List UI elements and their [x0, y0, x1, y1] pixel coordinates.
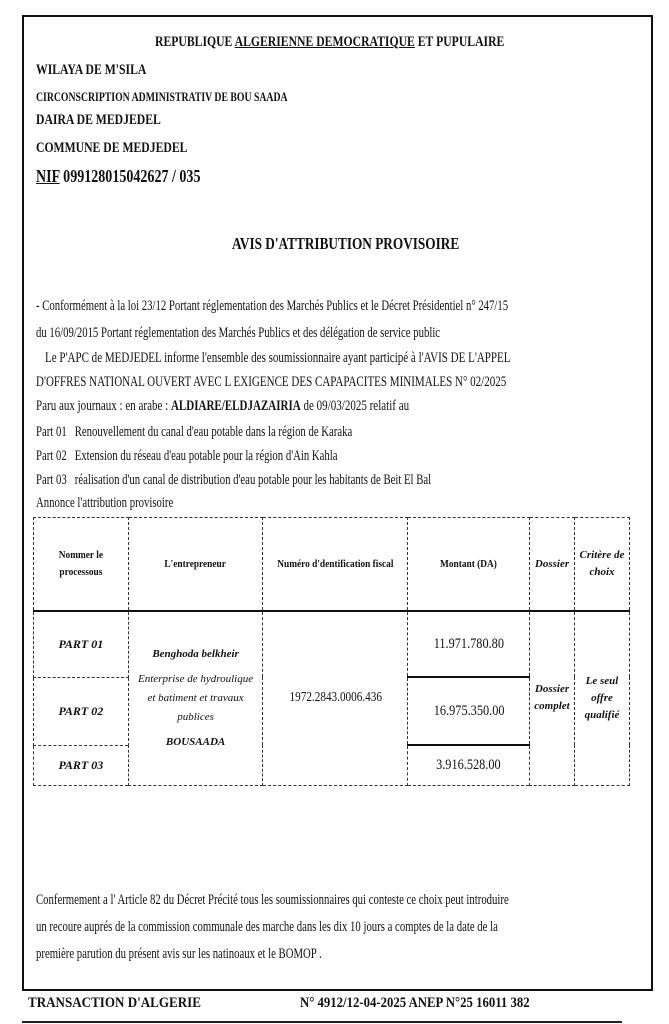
republic-heading: REPUBLIQUE ALGERIENNE DEMOCRATIQUE ET PU…: [155, 34, 603, 51]
entrepreneur-name: Benghoda belkheir: [129, 645, 263, 664]
table-header-row: Nommer le processous L'entrepreneur Numé…: [34, 518, 630, 612]
header-dossier: Dossier: [530, 518, 575, 612]
body-line-1: - Conformément à la loi 23/12 Portant ré…: [36, 298, 669, 315]
entrepreneur-cell: Benghoda belkheir Enterprise de hydrouli…: [128, 611, 263, 785]
entrepreneur-desc: Enterprise de hydroulique et batiment et…: [129, 670, 263, 727]
amount-cell-3: 3.916.528.00: [408, 745, 530, 785]
journals-name: ALDIARE/ELDJAZAIRIA: [171, 398, 301, 414]
header-entrepreneur: L'entrepreneur: [128, 518, 263, 612]
circonscription: CIRCONSCRIPTION ADMINISTRATIV DE BOU SAA…: [36, 90, 359, 105]
amount-cell-2: 16.975.350.00: [408, 677, 530, 745]
announce-line: Annonce l'attribution provisoire: [36, 495, 221, 512]
footer-source: TRANSACTION D'ALGERIE: [28, 995, 220, 1012]
republic-post: ET PUPULAIRE: [415, 34, 505, 50]
republic-underlined: ALGERIENNE DEMOCRATIQUE: [235, 34, 415, 50]
body-line-2: du 16/09/2015 Portant réglementation des…: [36, 325, 582, 342]
daira: DAIRA DE MEDJEDEL: [36, 112, 196, 129]
criteria-cell: Le seul offre qualifié: [575, 611, 630, 785]
amount-cell-1: 11.971.780.80: [408, 611, 530, 677]
closing-line-3: première parution du présent avis sur le…: [36, 946, 422, 963]
journals-post: de 09/03/2025 relatif au: [301, 398, 409, 414]
notice-title: AVIS D'ATTRIBUTION PROVISOIRE: [232, 234, 523, 254]
header-nif: Numéro d'dentification fiscal: [263, 518, 408, 612]
body-line-4: D'OFFRES NATIONAL OUVERT AVEC L EXIGENCE…: [36, 374, 655, 391]
attribution-table: Nommer le processous L'entrepreneur Numé…: [33, 517, 630, 786]
commune: COMMUNE DE MEDJEDEL: [36, 140, 230, 157]
header-process: Nommer le processous: [34, 518, 129, 612]
part-line-2: Part 02 Extension du réseau d'eau potabl…: [36, 448, 444, 465]
body-line-3: Le P'APC de MEDJEDEL informe l'ensemble …: [45, 350, 658, 367]
entrepreneur-city: BOUSAADA: [129, 733, 263, 752]
part-cell-1: PART 01: [34, 611, 129, 677]
nif-value: 099128015042627 / 035: [60, 166, 201, 186]
part-text: réalisation d'un canal de distribution d…: [75, 472, 431, 488]
part-cell-3: PART 03: [34, 745, 129, 785]
part-label: Part 01: [36, 424, 67, 440]
part-label: Part 02: [36, 448, 67, 464]
nif-line: NIF 099128015042627 / 035: [36, 166, 247, 187]
nif-label: NIF: [36, 166, 60, 186]
footer-reference: N° 4912/12-04-2025 ANEP N°25 16011 382: [300, 995, 561, 1012]
part-line-3: Part 03 réalisation d'un canal de distri…: [36, 472, 570, 489]
header-amount: Montant (DA): [408, 518, 530, 612]
part-cell-2: PART 02: [34, 677, 129, 745]
closing-line-2: un recoure auprés de la commission commu…: [36, 919, 660, 936]
body-line-5: Paru aux journaux : en arabe : ALDIARE/E…: [36, 398, 527, 415]
closing-line-1: Confermement a l' Article 82 du Décret P…: [36, 892, 669, 909]
header-criteria: Critère de choix: [575, 518, 630, 612]
part-line-1: Part 01 Renouvellement du canal d'eau po…: [36, 424, 463, 441]
footer-rule: [22, 1021, 622, 1023]
part-label: Part 03: [36, 472, 67, 488]
part-text: Extension du réseau d'eau potable pour l…: [75, 448, 338, 464]
republic-pre: REPUBLIQUE: [155, 34, 235, 50]
table-row: PART 01 Benghoda belkheir Enterprise de …: [34, 611, 630, 677]
journals-pre: Paru aux journaux : en arabe :: [36, 398, 171, 414]
part-text: Renouvellement du canal d'eau potable da…: [75, 424, 353, 440]
nif-cell: 1972.2843.0006.436: [263, 611, 408, 785]
dossier-cell: Dossier complet: [530, 611, 575, 785]
wilaya: WILAYA DE M'SILA: [36, 62, 177, 79]
